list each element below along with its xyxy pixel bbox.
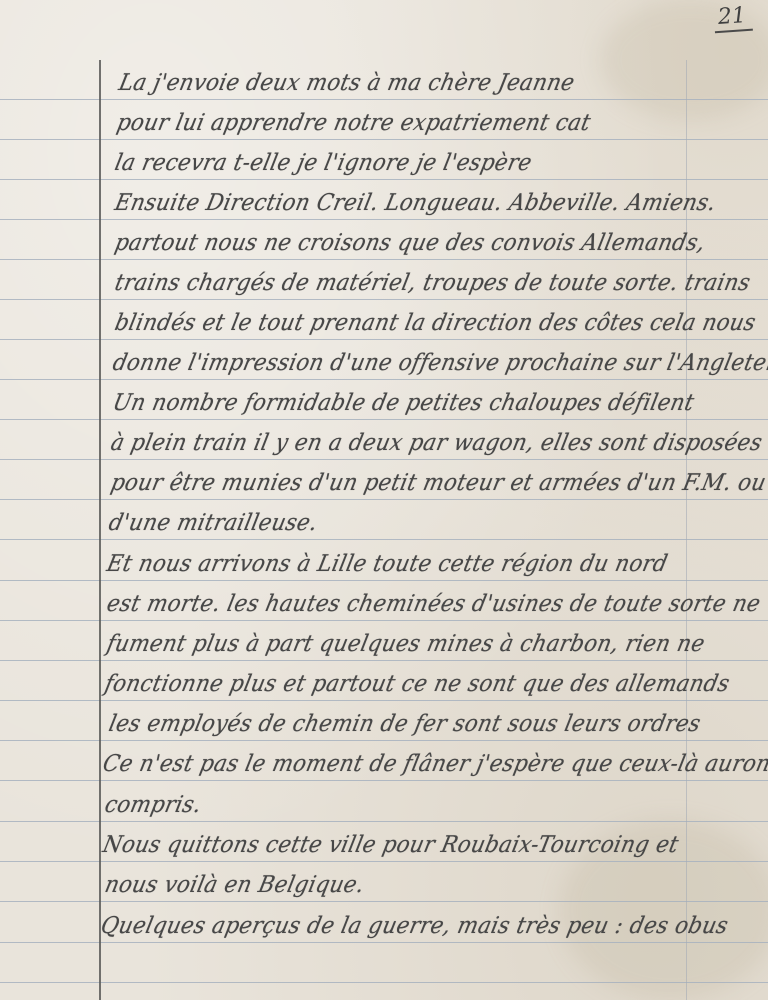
text-line: est morte. les hautes cheminées d'usines… [104, 589, 763, 619]
text-line: blindés et le tout prenant la direction … [112, 308, 759, 338]
text-line: partout nous ne croisons que des convois… [112, 228, 708, 258]
text-line: Quelques aperçus de la guerre, mais très… [98, 911, 731, 941]
handwritten-text: La j'envoie deux mots à ma chère Jeanne … [0, 0, 768, 1000]
text-line: pour être munies d'un petit moteur et ar… [108, 468, 768, 498]
text-line: à plein train il y en a deux par wagon, … [108, 428, 765, 458]
notebook-page: 21 La j'envoie deux mots à ma chère Jean… [0, 0, 768, 1000]
text-line: fument plus à part quelques mines à char… [104, 629, 708, 659]
text-line: trains chargés de matériel, troupes de t… [112, 268, 753, 298]
text-line: donne l'impression d'une offensive proch… [110, 348, 768, 378]
text-line: les employés de chemin de fer sont sous … [106, 709, 703, 739]
text-line: Ensuite Direction Creil. Longueau. Abbev… [112, 188, 719, 218]
text-line: nous voilà en Belgique. [102, 870, 367, 900]
text-line: compris. [102, 790, 204, 820]
text-line: fonctionne plus et partout ce ne sont qu… [102, 669, 732, 699]
text-line: Un nombre formidable de petites chaloupe… [110, 388, 697, 418]
text-line: la recevra t-elle je l'ignore je l'espèr… [112, 148, 535, 178]
text-line: Et nous arrivons à Lille toute cette rég… [104, 549, 670, 579]
text-line: Ce n'est pas le moment de flâner j'espèr… [100, 749, 768, 779]
text-line: Nous quittons cette ville pour Roubaix-T… [100, 830, 681, 860]
text-line: pour lui apprendre notre expatriement ca… [114, 108, 593, 138]
text-line: La j'envoie deux mots à ma chère Jeanne [116, 68, 577, 98]
text-line: d'une mitrailleuse. [106, 508, 320, 538]
